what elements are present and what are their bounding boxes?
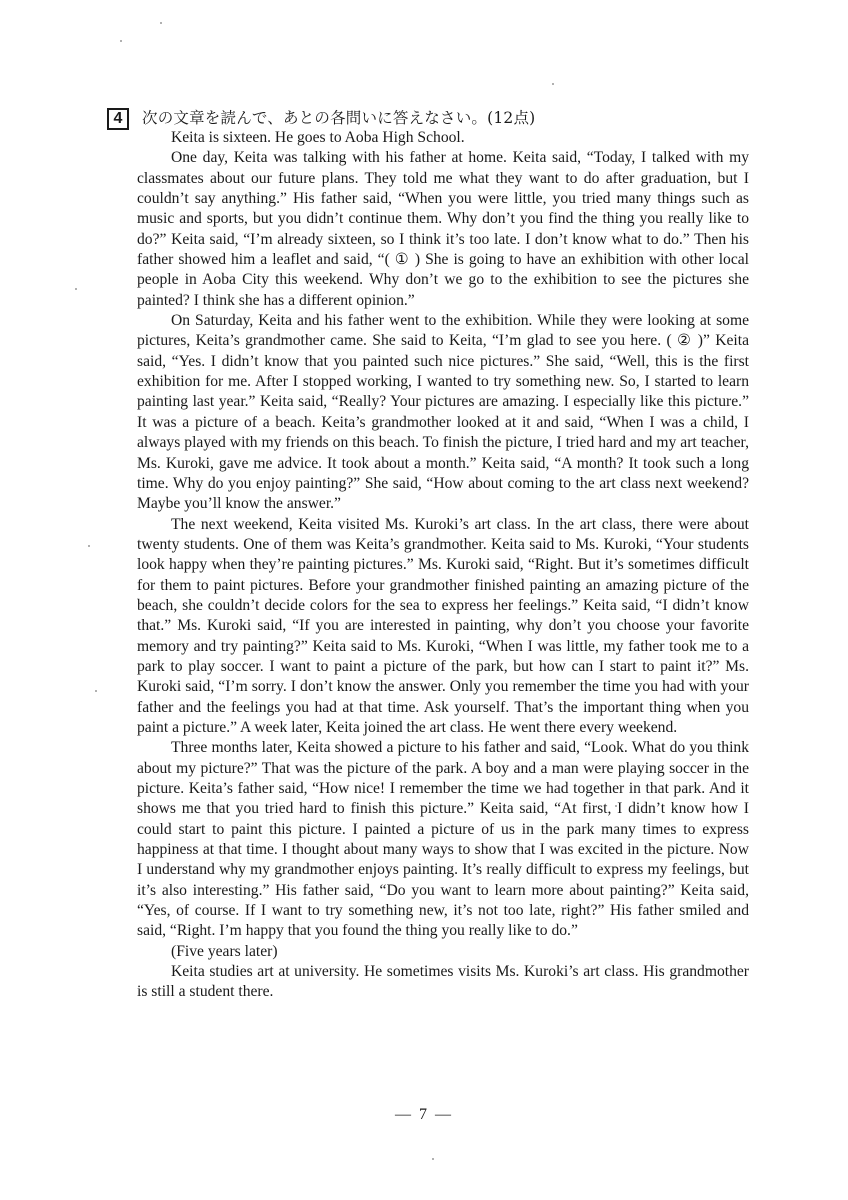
- question-number-box: 4: [107, 108, 129, 130]
- scan-speck: [432, 1158, 434, 1160]
- paragraph-epilogue: Keita studies art at university. He some…: [137, 962, 749, 1003]
- paragraph-intro: Keita is sixteen. He goes to Aoba High S…: [137, 128, 749, 148]
- scan-speck: [120, 40, 122, 42]
- paragraph-exhibition: On Saturday, Keita and his father went t…: [137, 311, 749, 514]
- scan-speck: [160, 22, 162, 24]
- scan-speck: [75, 288, 77, 290]
- scan-speck: [615, 805, 617, 807]
- paragraph-three-months-later: Three months later, Keita showed a pictu…: [137, 738, 749, 941]
- scan-speck: [88, 545, 90, 547]
- paragraph-father-conversation: One day, Keita was talking with his fath…: [137, 148, 749, 311]
- paragraph-art-class: The next weekend, Keita visited Ms. Kuro…: [137, 515, 749, 739]
- question-instruction: 次の文章を読んで、あとの各問いに答えなさい。(12点): [142, 106, 535, 128]
- reading-passage: Keita is sixteen. He goes to Aoba High S…: [137, 128, 749, 1003]
- exam-page: 4 次の文章を読んで、あとの各問いに答えなさい。(12点) Keita is s…: [0, 0, 848, 1200]
- scan-speck: [552, 83, 554, 85]
- paragraph-five-years-later-heading: (Five years later): [137, 942, 749, 962]
- scan-speck: [95, 690, 97, 692]
- page-number: — 7 —: [0, 1106, 848, 1124]
